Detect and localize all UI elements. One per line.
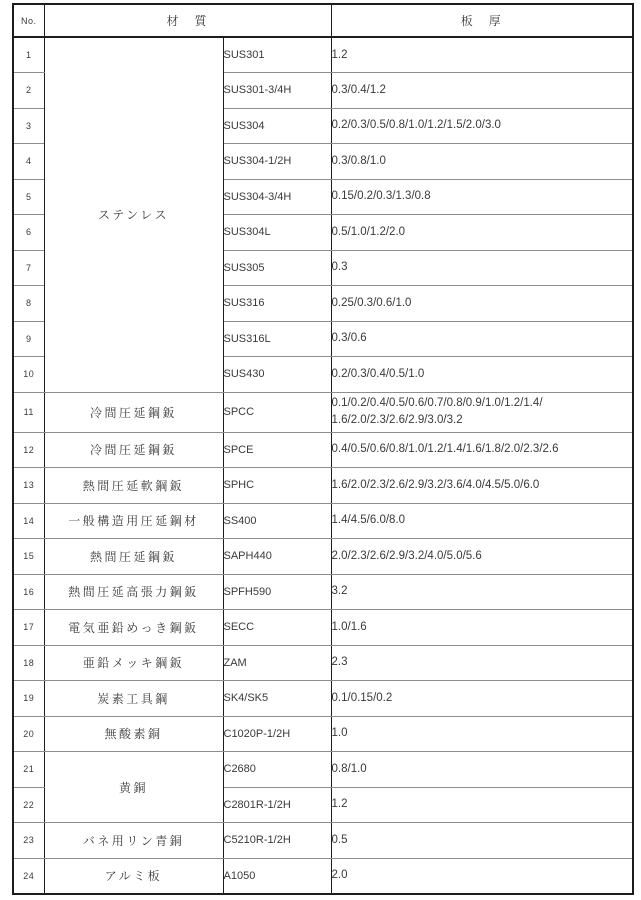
material-cell: 電気亜鉛めっき鋼鈑 [44, 610, 223, 646]
material-cell: 熱間圧延鋼鈑 [44, 539, 223, 575]
grade-cell: SPCE [223, 432, 331, 468]
grade-cell: C5210R-1/2H [223, 823, 331, 859]
no-cell: 14 [13, 503, 44, 539]
material-cell: 黄銅 [44, 752, 223, 823]
header-thickness: 板 厚 [331, 4, 633, 37]
no-cell: 18 [13, 645, 44, 681]
material-cell: 炭素工具鋼 [44, 681, 223, 717]
thickness-cell: 0.2/0.3/0.4/0.5/1.0 [331, 357, 633, 393]
no-cell: 1 [13, 37, 44, 73]
material-cell: 亜鉛メッキ鋼鈑 [44, 645, 223, 681]
material-cell: 熱間圧延軟鋼鈑 [44, 468, 223, 504]
grade-cell: SUS305 [223, 250, 331, 286]
thickness-cell: 1.0/1.6 [331, 610, 633, 646]
thickness-cell: 1.4/4.5/6.0/8.0 [331, 503, 633, 539]
header-material: 材 質 [44, 4, 331, 37]
grade-cell: SUS301 [223, 37, 331, 73]
no-cell: 15 [13, 539, 44, 575]
thickness-cell: 0.25/0.3/0.6/1.0 [331, 286, 633, 322]
grade-cell: SUS304-1/2H [223, 144, 331, 180]
no-cell: 8 [13, 286, 44, 322]
thickness-cell: 0.3/0.4/1.2 [331, 73, 633, 109]
material-cell: アルミ板 [44, 858, 223, 894]
material-cell: ステンレス [44, 37, 223, 392]
grade-cell: C2680 [223, 752, 331, 788]
table-row: 13熱間圧延軟鋼鈑SPHC1.6/2.0/2.3/2.6/2.9/3.2/3.6… [13, 468, 633, 504]
table-body: 1ステンレスSUS3011.22SUS301-3/4H0.3/0.4/1.23S… [13, 37, 633, 894]
no-cell: 23 [13, 823, 44, 859]
no-cell: 7 [13, 250, 44, 286]
no-cell: 4 [13, 144, 44, 180]
no-cell: 12 [13, 432, 44, 468]
table-row: 17電気亜鉛めっき鋼鈑SECC1.0/1.6 [13, 610, 633, 646]
grade-cell: A1050 [223, 858, 331, 894]
no-cell: 20 [13, 716, 44, 752]
grade-cell: SUS304 [223, 108, 331, 144]
grade-cell: SUS430 [223, 357, 331, 393]
thickness-cell: 3.2 [331, 574, 633, 610]
grade-cell: ZAM [223, 645, 331, 681]
material-cell: 冷間圧延鋼鈑 [44, 392, 223, 432]
table-row: 1ステンレスSUS3011.2 [13, 37, 633, 73]
material-cell: 冷間圧延鋼鈑 [44, 432, 223, 468]
grade-cell: SUS301-3/4H [223, 73, 331, 109]
no-cell: 21 [13, 752, 44, 788]
thickness-cell: 2.0/2.3/2.6/2.9/3.2/4.0/5.0/5.6 [331, 539, 633, 575]
document-page: No. 材 質 板 厚 1ステンレスSUS3011.22SUS301-3/4H0… [0, 0, 641, 900]
no-cell: 13 [13, 468, 44, 504]
grade-cell: SUS316 [223, 286, 331, 322]
no-cell: 10 [13, 357, 44, 393]
thickness-cell: 2.0 [331, 858, 633, 894]
thickness-cell: 0.1/0.15/0.2 [331, 681, 633, 717]
thickness-cell: 1.0 [331, 716, 633, 752]
table-row: 12冷間圧延鋼鈑SPCE0.4/0.5/0.6/0.8/1.0/1.2/1.4/… [13, 432, 633, 468]
thickness-cell: 0.8/1.0 [331, 752, 633, 788]
grade-cell: SPCC [223, 392, 331, 432]
grade-cell: SAPH440 [223, 539, 331, 575]
no-cell: 9 [13, 321, 44, 357]
no-cell: 2 [13, 73, 44, 109]
grade-cell: C1020P-1/2H [223, 716, 331, 752]
table-row: 11冷間圧延鋼鈑SPCC0.1/0.2/0.4/0.5/0.6/0.7/0.8/… [13, 392, 633, 432]
table-row: 21黄銅C26800.8/1.0 [13, 752, 633, 788]
grade-cell: SUS304-3/4H [223, 179, 331, 215]
no-cell: 6 [13, 215, 44, 251]
thickness-cell: 0.2/0.3/0.5/0.8/1.0/1.2/1.5/2.0/3.0 [331, 108, 633, 144]
table-row: 19炭素工具鋼SK4/SK50.1/0.15/0.2 [13, 681, 633, 717]
grade-cell: SK4/SK5 [223, 681, 331, 717]
grade-cell: SUS304L [223, 215, 331, 251]
thickness-cell: 0.1/0.2/0.4/0.5/0.6/0.7/0.8/0.9/1.0/1.2/… [331, 392, 633, 432]
table-row: 23バネ用リン青銅C5210R-1/2H0.5 [13, 823, 633, 859]
header-no: No. [13, 4, 44, 37]
no-cell: 22 [13, 787, 44, 823]
grade-cell: SS400 [223, 503, 331, 539]
table-row: 15熱間圧延鋼鈑SAPH4402.0/2.3/2.6/2.9/3.2/4.0/5… [13, 539, 633, 575]
thickness-cell: 0.3/0.8/1.0 [331, 144, 633, 180]
grade-cell: C2801R-1/2H [223, 787, 331, 823]
material-cell: 熱間圧延高張力鋼鈑 [44, 574, 223, 610]
table-row: 18亜鉛メッキ鋼鈑ZAM2.3 [13, 645, 633, 681]
no-cell: 3 [13, 108, 44, 144]
thickness-cell: 2.3 [331, 645, 633, 681]
thickness-cell: 0.5 [331, 823, 633, 859]
no-cell: 24 [13, 858, 44, 894]
header-row: No. 材 質 板 厚 [13, 4, 633, 37]
no-cell: 19 [13, 681, 44, 717]
no-cell: 11 [13, 392, 44, 432]
grade-cell: SPFH590 [223, 574, 331, 610]
thickness-cell: 1.2 [331, 37, 633, 73]
grade-cell: SECC [223, 610, 331, 646]
no-cell: 17 [13, 610, 44, 646]
thickness-cell: 0.3/0.6 [331, 321, 633, 357]
thickness-cell: 0.4/0.5/0.6/0.8/1.0/1.2/1.4/1.6/1.8/2.0/… [331, 432, 633, 468]
materials-table: No. 材 質 板 厚 1ステンレスSUS3011.22SUS301-3/4H0… [12, 3, 634, 895]
table-row: 20無酸素銅C1020P-1/2H1.0 [13, 716, 633, 752]
material-cell: 一般構造用圧延鋼材 [44, 503, 223, 539]
thickness-cell: 0.15/0.2/0.3/1.3/0.8 [331, 179, 633, 215]
thickness-cell: 0.5/1.0/1.2/2.0 [331, 215, 633, 251]
table-row: 24アルミ板A10502.0 [13, 858, 633, 894]
grade-cell: SPHC [223, 468, 331, 504]
grade-cell: SUS316L [223, 321, 331, 357]
table-row: 16熱間圧延高張力鋼鈑SPFH5903.2 [13, 574, 633, 610]
no-cell: 16 [13, 574, 44, 610]
thickness-cell: 1.2 [331, 787, 633, 823]
table-row: 14一般構造用圧延鋼材SS4001.4/4.5/6.0/8.0 [13, 503, 633, 539]
no-cell: 5 [13, 179, 44, 215]
material-cell: 無酸素銅 [44, 716, 223, 752]
thickness-cell: 1.6/2.0/2.3/2.6/2.9/3.2/3.6/4.0/4.5/5.0/… [331, 468, 633, 504]
material-cell: バネ用リン青銅 [44, 823, 223, 859]
thickness-cell: 0.3 [331, 250, 633, 286]
